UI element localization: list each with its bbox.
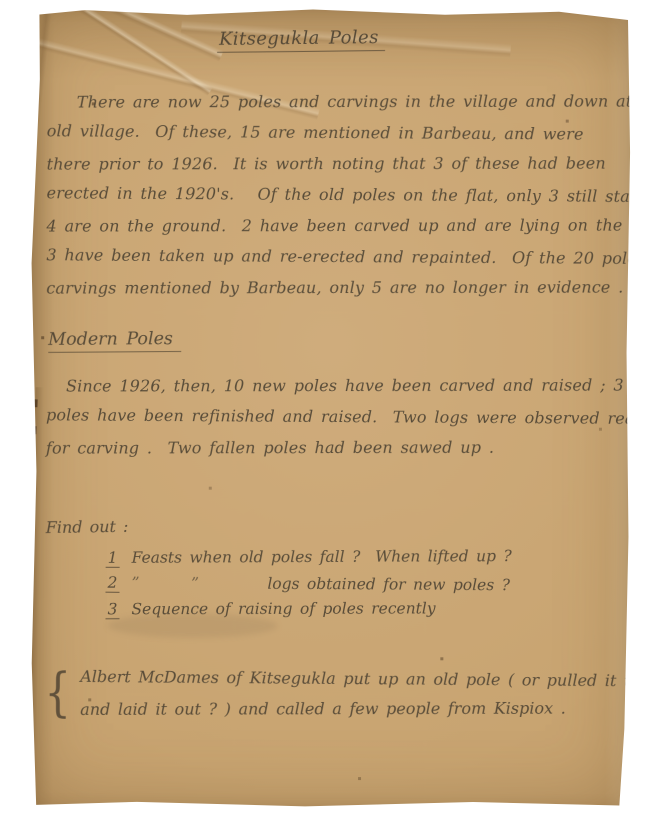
note-lines: Albert McDames of Kitsegukla put up an o…	[80, 663, 644, 724]
paper-specks	[31, 7, 32, 8]
item-number: 1	[106, 549, 120, 568]
paragraph-old-poles: There are now 25 poles and carvings in t…	[46, 85, 622, 304]
item-text: Feasts when old poles fall ? When lifted…	[132, 547, 512, 567]
handwritten-line: 4 are on the ground. 2 have been carved …	[46, 210, 621, 242]
handwritten-line: Since 1926, then, 10 new poles have been…	[46, 370, 621, 402]
handwritten-line: 3 have been taken up and re-erected and …	[46, 239, 621, 274]
handwritten-line: poles have been refinished and raised. T…	[46, 399, 621, 434]
handwritten-line: carvings mentioned by Barbeau, only 5 ar…	[46, 272, 621, 304]
section-heading-modern-poles: Modern Poles	[48, 329, 181, 353]
item-text: Sequence of raising of poles recently	[131, 599, 435, 618]
paragraph-modern-poles: Since 1926, then, 10 new poles have been…	[46, 369, 621, 464]
find-out-item-3: 3 Sequence of raising of poles recently	[105, 599, 435, 619]
margin-note: { Albert McDames of Kitsegukla put up an…	[41, 663, 644, 725]
handwritten-line: erected in the 1920's. Of the old poles …	[46, 177, 621, 212]
find-out-item-1: 1 Feasts when old poles fall ? When lift…	[106, 547, 512, 568]
notebook-page: Kitsegukla Poles There are now 25 poles …	[29, 7, 631, 809]
item-number: 3	[105, 600, 119, 619]
item-number: 2	[105, 574, 119, 593]
find-out-label: Find out :	[46, 517, 129, 537]
handwritten-line: there prior to 1926. It is worth noting …	[47, 148, 622, 180]
handwritten-line: There are now 25 poles and carvings in t…	[47, 86, 622, 118]
handwritten-line: for carving . Two fallen poles had been …	[46, 432, 621, 464]
find-out-item-2: 2 ” ” logs obtained for new poles ?	[105, 574, 510, 595]
handwritten-line: and laid it out ? ) and called a few peo…	[80, 693, 644, 724]
page-title: Kitsegukla Poles	[217, 27, 385, 53]
handwritten-line: old village. Of these, 15 are mentioned …	[47, 115, 622, 150]
left-brace: {	[44, 663, 71, 723]
ditto-marks: ” ”	[131, 574, 267, 593]
scan-stage: Kitsegukla Poles There are now 25 poles …	[0, 0, 651, 821]
item-text: logs obtained for new poles ?	[267, 575, 510, 594]
handwritten-line: Albert McDames of Kitsegukla put up an o…	[80, 662, 644, 696]
